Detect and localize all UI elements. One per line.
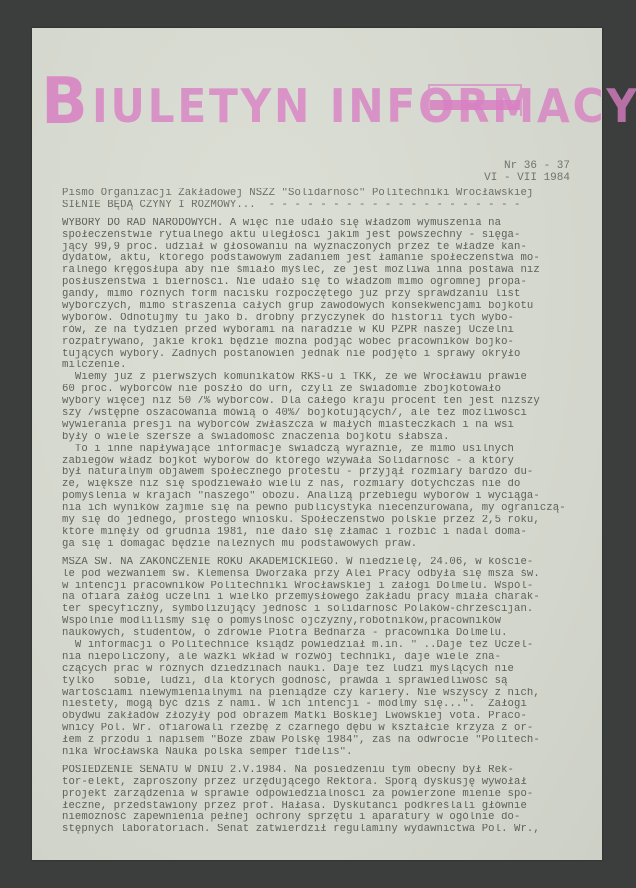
text-line: dydatów, aktu, którego podstawowym zadan… [62,253,592,265]
publisher-line: Pismo Organizacji Zakładowej NSZZ "Solid… [62,188,592,200]
text-line: rów, że na tydzień przed wyborami na nar… [62,325,592,337]
text-line: szy /wstępne oszacowania mówią o 40%/ bo… [62,408,592,420]
text-line: POSIEDZENIE SENATU W DNIU 2.V.1984. Na p… [62,765,592,777]
text-line: łem z przodu i napisem "Boże zbaw Polskę… [62,735,592,747]
paragraph-boycott-conclusion: To i inne napływające informacje świadcz… [62,444,592,551]
text-line: le pod wezwaniem św. Klemensa Dworzaka p… [62,569,592,581]
text-line: gandy, mimo różnych form nacisku rozpocz… [62,289,592,301]
text-line: ga się i domagać będzie należnych mu pod… [62,539,592,551]
text-line: społeczeństwie rytualnego aktu uległości… [62,230,592,242]
text-line: projekt zarządzenia w sprawie odpowiedzi… [62,789,592,801]
text-line: W informacji o Politechnice ksiądz powie… [62,640,592,652]
text-line: pomyślenia w krajach "naszego" obozu. An… [62,491,592,503]
text-line: były o wiele szersze a świadomość znacze… [62,432,592,444]
text-line: wartościami niewymienialnymi na pieniądz… [62,688,592,700]
paragraph-boycott-stats: Wiemy już z pierwszych komunikatów RKS-u… [62,372,592,443]
text-line: ralnego kręgosłupa aby nie śmiało myśleć… [62,265,592,277]
text-line: stępnych laboratoriach. Senat zatwierdzi… [62,824,592,836]
polish-flag-icon [428,84,522,116]
text-line: WYBORY DO RAD NARODOWYCH. A więc nie uda… [62,218,592,230]
text-line: rozpatrywano, jakie kroki będzie można p… [62,337,592,349]
text-line: że, większe niż się spodziewało wielu z … [62,479,592,491]
text-line: To i inne napływające informacje świadcz… [62,444,592,456]
text-line: niestety, mogą być dziś z nami. W ich in… [62,699,592,711]
text-line: na ofiara załóg uczelni i wielko przemys… [62,592,592,604]
text-line: ter specyficzny, symbolizujący jedność i… [62,604,592,616]
text-line: był naturalnym objawem społecznego prote… [62,467,592,479]
text-line: 60 proc. wyborców nie poszło do urn, czy… [62,384,592,396]
text-line: wywierania presji na wyborców zwłaszcza … [62,420,592,432]
text-line: czących prac w różnych dziedzinach nauki… [62,664,592,676]
text-line: tor-elekt, zaproszony przez urzędującego… [62,777,592,789]
text-line: tujących wybory. Żadnych postanowień jed… [62,349,592,361]
text-line: Wspólnie modliliśmy się o pomyślność ojc… [62,616,592,628]
paragraph-senate: POSIEDZENIE SENATU W DNIU 2.V.1984. Na p… [62,765,592,836]
text-line: tylko sobie, ludzi, dla których godność,… [62,676,592,688]
paragraph-elections: WYBORY DO RAD NARODOWYCH. A więc nie uda… [62,218,592,373]
text-line: naukowych, studentów, o zdrowie Piotra B… [62,628,592,640]
text-line: nika Wrocławska Nauka polska semper fide… [62,747,592,759]
subheading-line: SIŁNIE BĘDĄ CZYNY I ROZMOWY... - - - - -… [62,200,592,212]
text-line: nia ich wyników zajmie się na pewno publ… [62,503,592,515]
text-line: w intencji pracowników Politechniki Wroc… [62,581,592,593]
issue-date: VI - VII 1984 [484,172,570,184]
text-line: posłuszeństwa i bierności. Nie udało się… [62,277,592,289]
issue-number: Nr 36 - 37 [484,160,570,172]
text-line: wyborczych, mimo straszenia całych grup … [62,301,592,313]
typed-body: Pismo Organizacji Zakładowej NSZZ "Solid… [62,188,592,836]
text-line: MSZA ŚW. NA ZAKOŃCZENIE ROKU AKADEMICKIE… [62,557,592,569]
text-line: które minęły od grudnia 1981, nie dało s… [62,527,592,539]
text-line: milczenie. [62,360,592,372]
text-line: zabiegów władz bojkot wyborów do którego… [62,456,592,468]
text-line: wyborów. Odnotujmy tu jako b. drobny prz… [62,313,592,325]
text-line: wybory więcej niż 50 /% wyborców. Dla ca… [62,396,592,408]
text-line: my się do jednego, prostego wniosku. Spo… [62,515,592,527]
text-line: nia niepoliczony, ale ważki wkład w rozw… [62,652,592,664]
text-line: Wiemy już z pierwszych komunikatów RKS-u… [62,372,592,384]
issue-info: Nr 36 - 37 VI - VII 1984 [484,160,570,184]
text-line: niemożność zapewnienia pełnej ochrony sp… [62,812,592,824]
text-line: wnicy Pol. Wr. ofiarowali rzeźbę z czarn… [62,723,592,735]
masthead-title: BIULETYN INFORMACYJNY [40,72,588,132]
masthead-initial: B [41,72,90,132]
text-line: jący 99,9 proc. udział w głosowaniu na w… [62,242,592,254]
text-line: obydwu zakładów złożyły pod obrazem Matk… [62,711,592,723]
masthead-title-rest: IULETYN INFORMACYJNY [92,80,636,132]
paragraph-mass: MSZA ŚW. NA ZAKOŃCZENIE ROKU AKADEMICKIE… [62,557,592,759]
text-line: łeczne, przedstawiony przez prof. Hałasa… [62,801,592,813]
document-page: BIULETYN INFORMACYJNY Nr 36 - 37 VI - VI… [32,28,602,860]
